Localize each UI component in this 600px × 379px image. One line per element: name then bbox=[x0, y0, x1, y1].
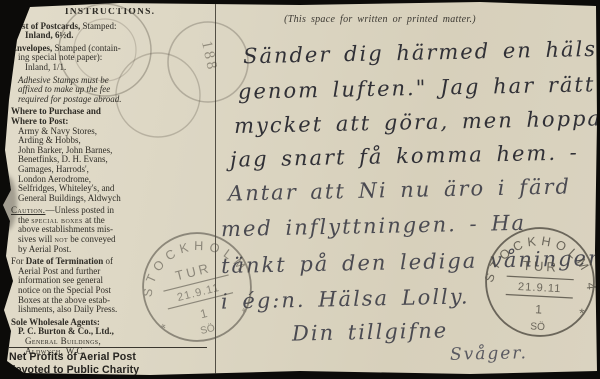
cost-text: Stamped: bbox=[80, 21, 116, 31]
message-line: i ég:n. Hälsa Lolly. bbox=[221, 284, 470, 313]
postmark-star-icon: * bbox=[579, 306, 585, 321]
message-line: genom luften." Jag har rätt bbox=[238, 72, 596, 103]
envelopes-text: Stamped (contain- bbox=[52, 43, 120, 53]
establishment-item: General Buildings, Aldwych bbox=[11, 194, 209, 204]
cost-amount: Inland, 6½d. bbox=[11, 31, 209, 41]
footer-line: devoted to Public Charity bbox=[9, 364, 211, 377]
postmark-bottom-text: SÖ bbox=[530, 320, 545, 333]
message-line: Antar att Ni nu äro i färd bbox=[228, 174, 571, 205]
postmark-chord-line bbox=[506, 294, 573, 298]
message-line: jag snart få komma hem. - bbox=[230, 140, 579, 171]
envelopes-label: Envelopes, bbox=[11, 43, 52, 53]
cost-label: Cost of Postcards, bbox=[11, 21, 80, 31]
footer-rule bbox=[9, 347, 207, 348]
adhesive-note-line: required for postage abroad. bbox=[11, 95, 209, 105]
postmark-star-icon: * bbox=[160, 320, 169, 336]
postmark-date-text: 21.9.11 bbox=[518, 281, 562, 295]
message-signature: Svåger. bbox=[450, 343, 528, 365]
caution-text: —Unless posted in bbox=[45, 205, 114, 215]
postmark-turn-text: 1 bbox=[535, 302, 543, 316]
postmark-stockholm-right: STOCKHOLM 4 TUR 21.9.11 1 SÖ * bbox=[481, 223, 599, 341]
postmark-bottom-text: SÖ bbox=[199, 322, 216, 337]
charity-footer: Net Profits of Aerial Post devoted to Pu… bbox=[9, 347, 211, 376]
postcard: 188 INSTRUCTIONS. Cost of Postcards, Sta… bbox=[0, 0, 600, 379]
postmark-chord-line bbox=[507, 276, 574, 280]
message-line: mycket att göra, men hoppas bbox=[234, 106, 600, 138]
envelopes-amount: Inland, 1/1. bbox=[11, 63, 209, 73]
footer-line: Net Profits of Aerial Post bbox=[9, 351, 211, 364]
postmark-turn-text: 1 bbox=[199, 306, 209, 321]
termination-label: Date of Termination bbox=[26, 256, 104, 266]
space-note: (This space for written or printed matte… bbox=[230, 14, 530, 25]
postmark-stockholm-left: STOCKHOLM TUR 21.9.11 1 SÖ * * bbox=[138, 228, 256, 346]
postmark-route-text: TUR bbox=[522, 258, 559, 275]
instructions-heading: INSTRUCTIONS. bbox=[11, 8, 209, 18]
message-closing: Din tillgifne bbox=[292, 318, 449, 345]
caution-label: Caution. bbox=[11, 205, 45, 215]
message-line: Sänder dig härmed en hälsning bbox=[243, 36, 600, 69]
